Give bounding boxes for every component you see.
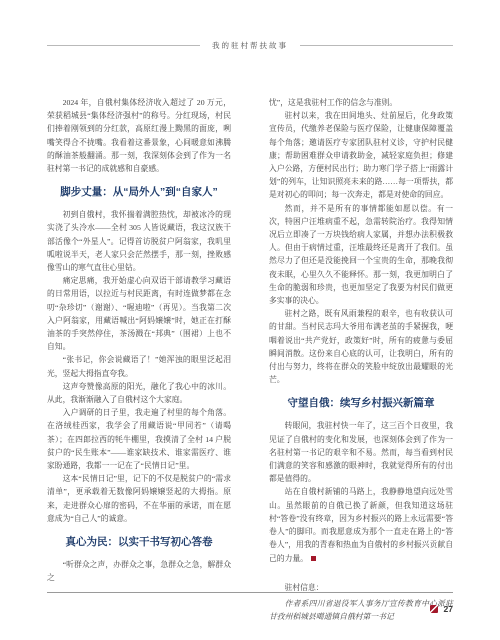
paragraph: 驻村以来，我在田间地头、灶前屋后，化身政策宣传员，代缴养老保险与医疗保险，让健康…	[269, 109, 453, 201]
paragraph: 入户调研的日子里，我走遍了村里的每个角落。在洛绒桂西家，我学会了用藏语说“甲同若…	[47, 406, 231, 472]
section-heading-2: 真心为民：以实干书写初心答卷	[47, 535, 231, 549]
paragraph: 转眼间，我驻村快一年了，这三百个日夜里，我见证了自俄村的变化和发展，也深刻体会到…	[269, 419, 453, 485]
paragraph: 初到自俄村，我怀揣着满腔热忱，却被冰冷的现实浇了头冷水——全村 305 人皆说藏…	[47, 208, 231, 274]
page-number: 27	[444, 604, 453, 614]
magazine-page: 我的驻村帮扶故事 2024 年，自俄村集体经济收入超过了 20 万元，荣获稻城县…	[0, 0, 500, 640]
paragraph-split-start: “听群众之声，办群众之事，急群众之急，解群众之	[47, 558, 231, 584]
section-heading-3: 守望自俄：续写乡村振兴新篇章	[269, 396, 453, 410]
closing-paragraph: 站在自俄村新铺的马路上，我静静地望向远处雪山。虽然眼前的自俄已换了新颜，但我知道…	[269, 485, 453, 564]
paragraph: “张书记，你会说藏语了！”她浑浊的眼里泛起泪光，竖起大拇指直夸我。	[47, 353, 231, 379]
left-column: 2024 年，自俄村集体经济收入超过了 20 万元，荣获稻城县“集体经济强村”的…	[47, 96, 231, 580]
running-head: 我的驻村帮扶故事	[47, 40, 453, 51]
paragraph: 然而，并不是所有的事情都能如愿以偿。有一次，特困户汪堆病重不起，急需转院治疗。我…	[269, 202, 453, 308]
paragraph: 这本“民情日记”里，记下的不仅是脱贫户的“需求清单”，更承载着无数像阿妈嬢嬢竖起…	[47, 472, 231, 525]
running-head-title: 我的驻村帮扶故事	[200, 40, 300, 51]
running-head-rule-left	[47, 45, 200, 46]
intro-paragraph: 2024 年，自俄村集体经济收入超过了 20 万元，荣获稻城县“集体经济强村”的…	[47, 96, 231, 175]
paragraph: 这声夸赞像高原的阳光，融化了我心中的冰川。从此，我渐渐融入了自俄村这个大家庭。	[47, 380, 231, 406]
right-column: 忧”，这是我驻村工作的信念与准则。 驻村以来，我在田间地头、灶前屋后，化身政策宣…	[269, 96, 453, 580]
footer-rule	[47, 592, 453, 593]
footer: 27	[430, 604, 453, 614]
section-heading-1: 脚步丈量：从“局外人”到“自家人”	[47, 185, 231, 199]
paragraph-split-continuation: 忧”，这是我驻村工作的信念与准则。	[269, 96, 453, 109]
paragraph: 痛定思痛，我开始虚心向双语干部请教学习藏语的日常用语，以拉近与村民距离，有时连做…	[47, 274, 231, 353]
author-note: 作者系四川省退役军人事务厅宣传教育中心派驻甘孜州稻城县噶通镇自俄村第一书记	[269, 597, 453, 623]
article-columns: 2024 年，自俄村集体经济收入超过了 20 万元，荣获稻城县“集体经济强村”的…	[47, 96, 453, 580]
closing-paragraph-text: 站在自俄村新铺的马路上，我静静地望向远处雪山。虽然眼前的自俄已换了新颜，但我知道…	[269, 487, 453, 562]
article-end-mark-icon	[311, 556, 316, 561]
journal-logo-icon	[430, 605, 438, 613]
running-head-rule-right	[300, 45, 453, 46]
paragraph: 驻村之路，既有风雨兼程的艰辛，也有收获认可的甘甜。当村民志玛大爷用布满老茧的手紧…	[269, 307, 453, 386]
